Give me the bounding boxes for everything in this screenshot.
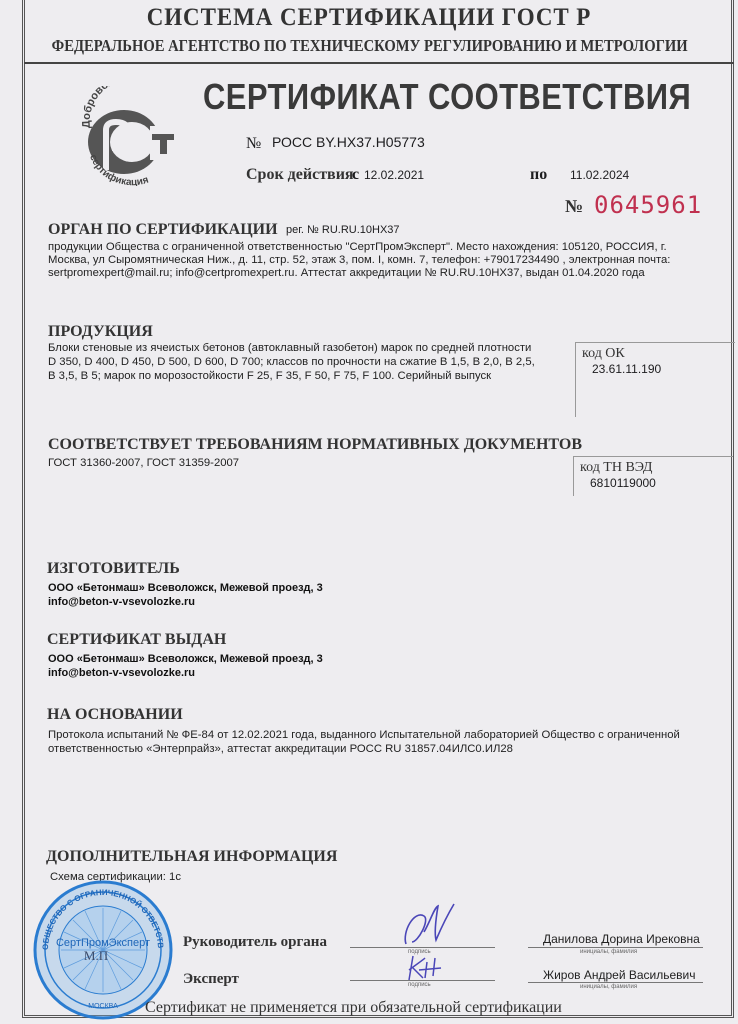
product-line-3: В 3,5, В 5; марок по морозостойкости F 2… <box>48 369 491 383</box>
expert-signature-caption: подпись <box>408 982 431 988</box>
issued-to-line-1: ООО «Бетонмаш» Всеволожск, Межевой проез… <box>48 652 323 666</box>
ok-code-box: код ОК 23.61.11.190 <box>575 342 735 417</box>
valid-from-date: 12.02.2021 <box>364 168 424 182</box>
validity-from-prefix: с <box>352 166 359 184</box>
valid-to-date: 11.02.2024 <box>570 168 629 182</box>
svg-text:М.П: М.П <box>84 948 108 963</box>
head-name: Данилова Дорина Ирековна <box>543 932 700 946</box>
certificate-page: СИСТЕМА СЕРТИФИКАЦИИ ГОСТ Р ФЕДЕРАЛЬНОЕ … <box>0 0 738 1024</box>
certificate-title: СЕРТИФИКАТ СООТВЕТСТВИЯ <box>203 76 691 118</box>
basis-line-2: ответственностью «Энтерпрайз», аттестат … <box>48 742 513 756</box>
product-line-1: Блоки стеновые из ячеистых бетонов (авто… <box>48 341 531 355</box>
compliance-documents: ГОСТ 31360-2007, ГОСТ 31359-2007 <box>48 456 239 470</box>
issued-to-line-2: info@beton-v-vsevolozke.ru <box>48 666 195 680</box>
agency-title: ФЕДЕРАЛЬНОЕ АГЕНТСТВО ПО ТЕХНИЧЕСКОМУ РЕ… <box>52 36 687 56</box>
ok-code-label: код ОК <box>582 346 735 362</box>
head-name-line <box>528 947 703 948</box>
header-divider <box>24 62 734 64</box>
svg-text:МОСКВА: МОСКВА <box>88 1003 118 1010</box>
system-title: СИСТЕМА СЕРТИФИКАЦИИ ГОСТ Р <box>30 4 709 32</box>
serial-number: 0645961 <box>594 191 702 219</box>
manufacturer-line-2: info@beton-v-vsevolozke.ru <box>48 595 195 609</box>
validity-to-prefix: по <box>530 166 547 184</box>
certification-body-line-2: Москва, ул Сыромятническая Ниж., д. 11, … <box>48 253 670 267</box>
expert-name-caption: инициалы, фамилия <box>580 984 637 990</box>
product-line-2: D 350, D 400, D 450, D 500, D 600, D 700… <box>48 355 535 369</box>
certificate-number: РОСС BY.НХ37.Н05773 <box>272 134 425 150</box>
certification-body-line-1: продукции Общества с ограниченной ответс… <box>48 240 667 254</box>
compliance-heading: СООТВЕТСТВУЕТ ТРЕБОВАНИЯМ НОРМАТИВНЫХ ДО… <box>48 436 582 454</box>
head-name-caption: инициалы, фамилия <box>580 949 637 955</box>
tnved-code-box: код ТН ВЭД 6810119000 <box>573 456 733 496</box>
expert-signature-icon <box>405 954 445 982</box>
certification-body-line-3: sertpromexpert@mail.ru; info@certpromexp… <box>48 266 645 280</box>
expert-label: Эксперт <box>183 971 239 988</box>
validity-label: Срок действия <box>246 166 354 184</box>
number-prefix: № <box>246 135 261 153</box>
additional-info-heading: ДОПОЛНИТЕЛЬНАЯ ИНФОРМАЦИЯ <box>46 848 337 866</box>
rst-logo-icon: Добровольная сертификация <box>78 86 182 186</box>
basis-heading: НА ОСНОВАНИИ <box>47 706 183 724</box>
head-signature-icon <box>400 902 460 948</box>
footer-note: Сертификат не применяется при обязательн… <box>145 999 562 1017</box>
manufacturer-heading: ИЗГОТОВИТЕЛЬ <box>47 560 180 578</box>
expert-name: Жиров Андрей Васильевич <box>543 968 696 982</box>
ok-code-value: 23.61.11.190 <box>582 362 735 376</box>
serial-prefix: № <box>565 196 583 217</box>
manufacturer-line-1: ООО «Бетонмаш» Всеволожск, Межевой проез… <box>48 581 323 595</box>
basis-line-1: Протокола испытаний № ФЕ-84 от 12.02.202… <box>48 728 680 742</box>
expert-name-line <box>528 982 703 983</box>
certification-body-heading: ОРГАН ПО СЕРТИФИКАЦИИ <box>48 221 278 239</box>
product-heading: ПРОДУКЦИЯ <box>48 323 153 341</box>
issued-to-heading: СЕРТИФИКАТ ВЫДАН <box>47 631 226 649</box>
head-of-body-label: Руководитель органа <box>183 934 327 951</box>
tnved-code-value: 6810119000 <box>580 476 733 490</box>
tnved-code-label: код ТН ВЭД <box>580 460 733 476</box>
certification-body-reg: рег. № RU.RU.10НХ37 <box>286 224 400 236</box>
